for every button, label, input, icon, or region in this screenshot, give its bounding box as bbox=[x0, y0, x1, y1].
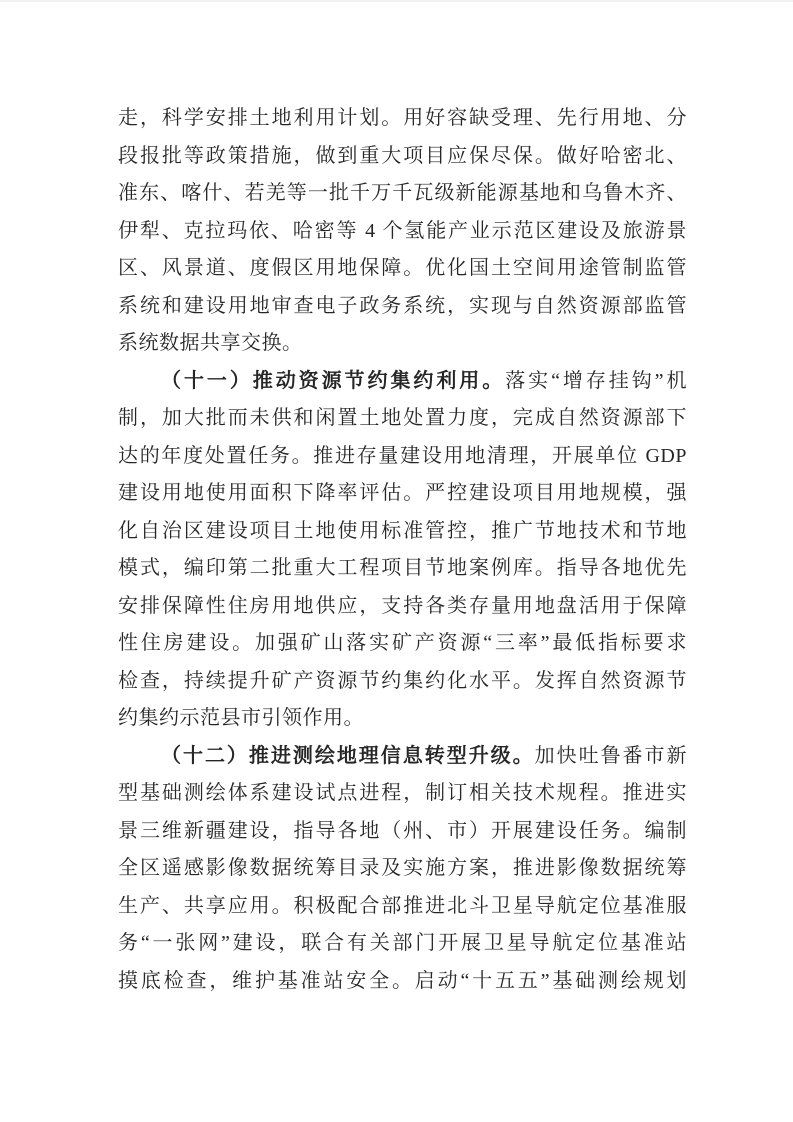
text-line: 全区遥感影像数据统筹目录及实施方案，推进影像数据统筹 bbox=[118, 850, 687, 888]
section-heading-12: （十二）推进测绘地理信息转型升级。 bbox=[161, 745, 535, 767]
text-line: 系统数据共享交换。 bbox=[118, 325, 687, 363]
text-line: 景三维新疆建设，指导各地（州、市）开展建设任务。编制 bbox=[118, 813, 687, 851]
text-line: 制，加大批而未供和闲置土地处置力度，完成自然资源部下 bbox=[118, 400, 687, 438]
line-text: 加快吐鲁番市新 bbox=[535, 745, 687, 767]
text-line: 准东、喀什、若羌等一批千万千瓦级新能源基地和乌鲁木齐、 bbox=[118, 175, 687, 213]
line-text: 落实“增存挂钩”机 bbox=[505, 370, 687, 392]
text-line: 伊犁、克拉玛依、哈密等 4 个氢能产业示范区建设及旅游景 bbox=[118, 213, 687, 251]
text-line: 检查，持续提升矿产资源节约集约化水平。发挥自然资源节 bbox=[118, 663, 687, 701]
text-line: （十一）推动资源节约集约利用。落实“增存挂钩”机 bbox=[118, 363, 687, 401]
text-line: （十二）推进测绘地理信息转型升级。加快吐鲁番市新 bbox=[118, 738, 687, 776]
text-line: 段报批等政策措施，做到重大项目应保尽保。做好哈密北、 bbox=[118, 138, 687, 176]
text-line: 性住房建设。加强矿山落实矿产资源“三率”最低指标要求 bbox=[118, 625, 687, 663]
section-heading-11: （十一）推动资源节约集约利用。 bbox=[161, 370, 505, 392]
text-line: 约集约示范县市引领作用。 bbox=[118, 700, 687, 738]
text-line: 走，科学安排土地利用计划。用好容缺受理、先行用地、分 bbox=[118, 100, 687, 138]
text-line: 达的年度处置任务。推进存量建设用地清理，开展单位 GDP bbox=[118, 438, 687, 476]
document-page: 走，科学安排土地利用计划。用好容缺受理、先行用地、分 段报批等政策措施，做到重大… bbox=[0, 0, 793, 1122]
text-line: 安排保障性住房用地供应，支持各类存量用地盘活用于保障 bbox=[118, 588, 687, 626]
text-line: 务“一张网”建设，联合有关部门开展卫星导航定位基准站 bbox=[118, 925, 687, 963]
text-line: 模式，编印第二批重大工程项目节地案例库。指导各地优先 bbox=[118, 550, 687, 588]
text-line: 摸底检查，维护基准站安全。启动“十五五”基础测绘规划 bbox=[118, 963, 687, 1001]
text-line: 生产、共享应用。积极配合部推进北斗卫星导航定位基准服 bbox=[118, 888, 687, 926]
text-line: 建设用地使用面积下降率评估。严控建设项目用地规模，强 bbox=[118, 475, 687, 513]
text-line: 区、风景道、度假区用地保障。优化国土空间用途管制监管 bbox=[118, 250, 687, 288]
text-line: 系统和建设用地审查电子政务系统，实现与自然资源部监管 bbox=[118, 288, 687, 326]
text-line: 化自治区建设项目土地使用标准管控，推广节地技术和节地 bbox=[118, 513, 687, 551]
text-line: 型基础测绘体系建设试点进程，制订相关技术规程。推进实 bbox=[118, 775, 687, 813]
